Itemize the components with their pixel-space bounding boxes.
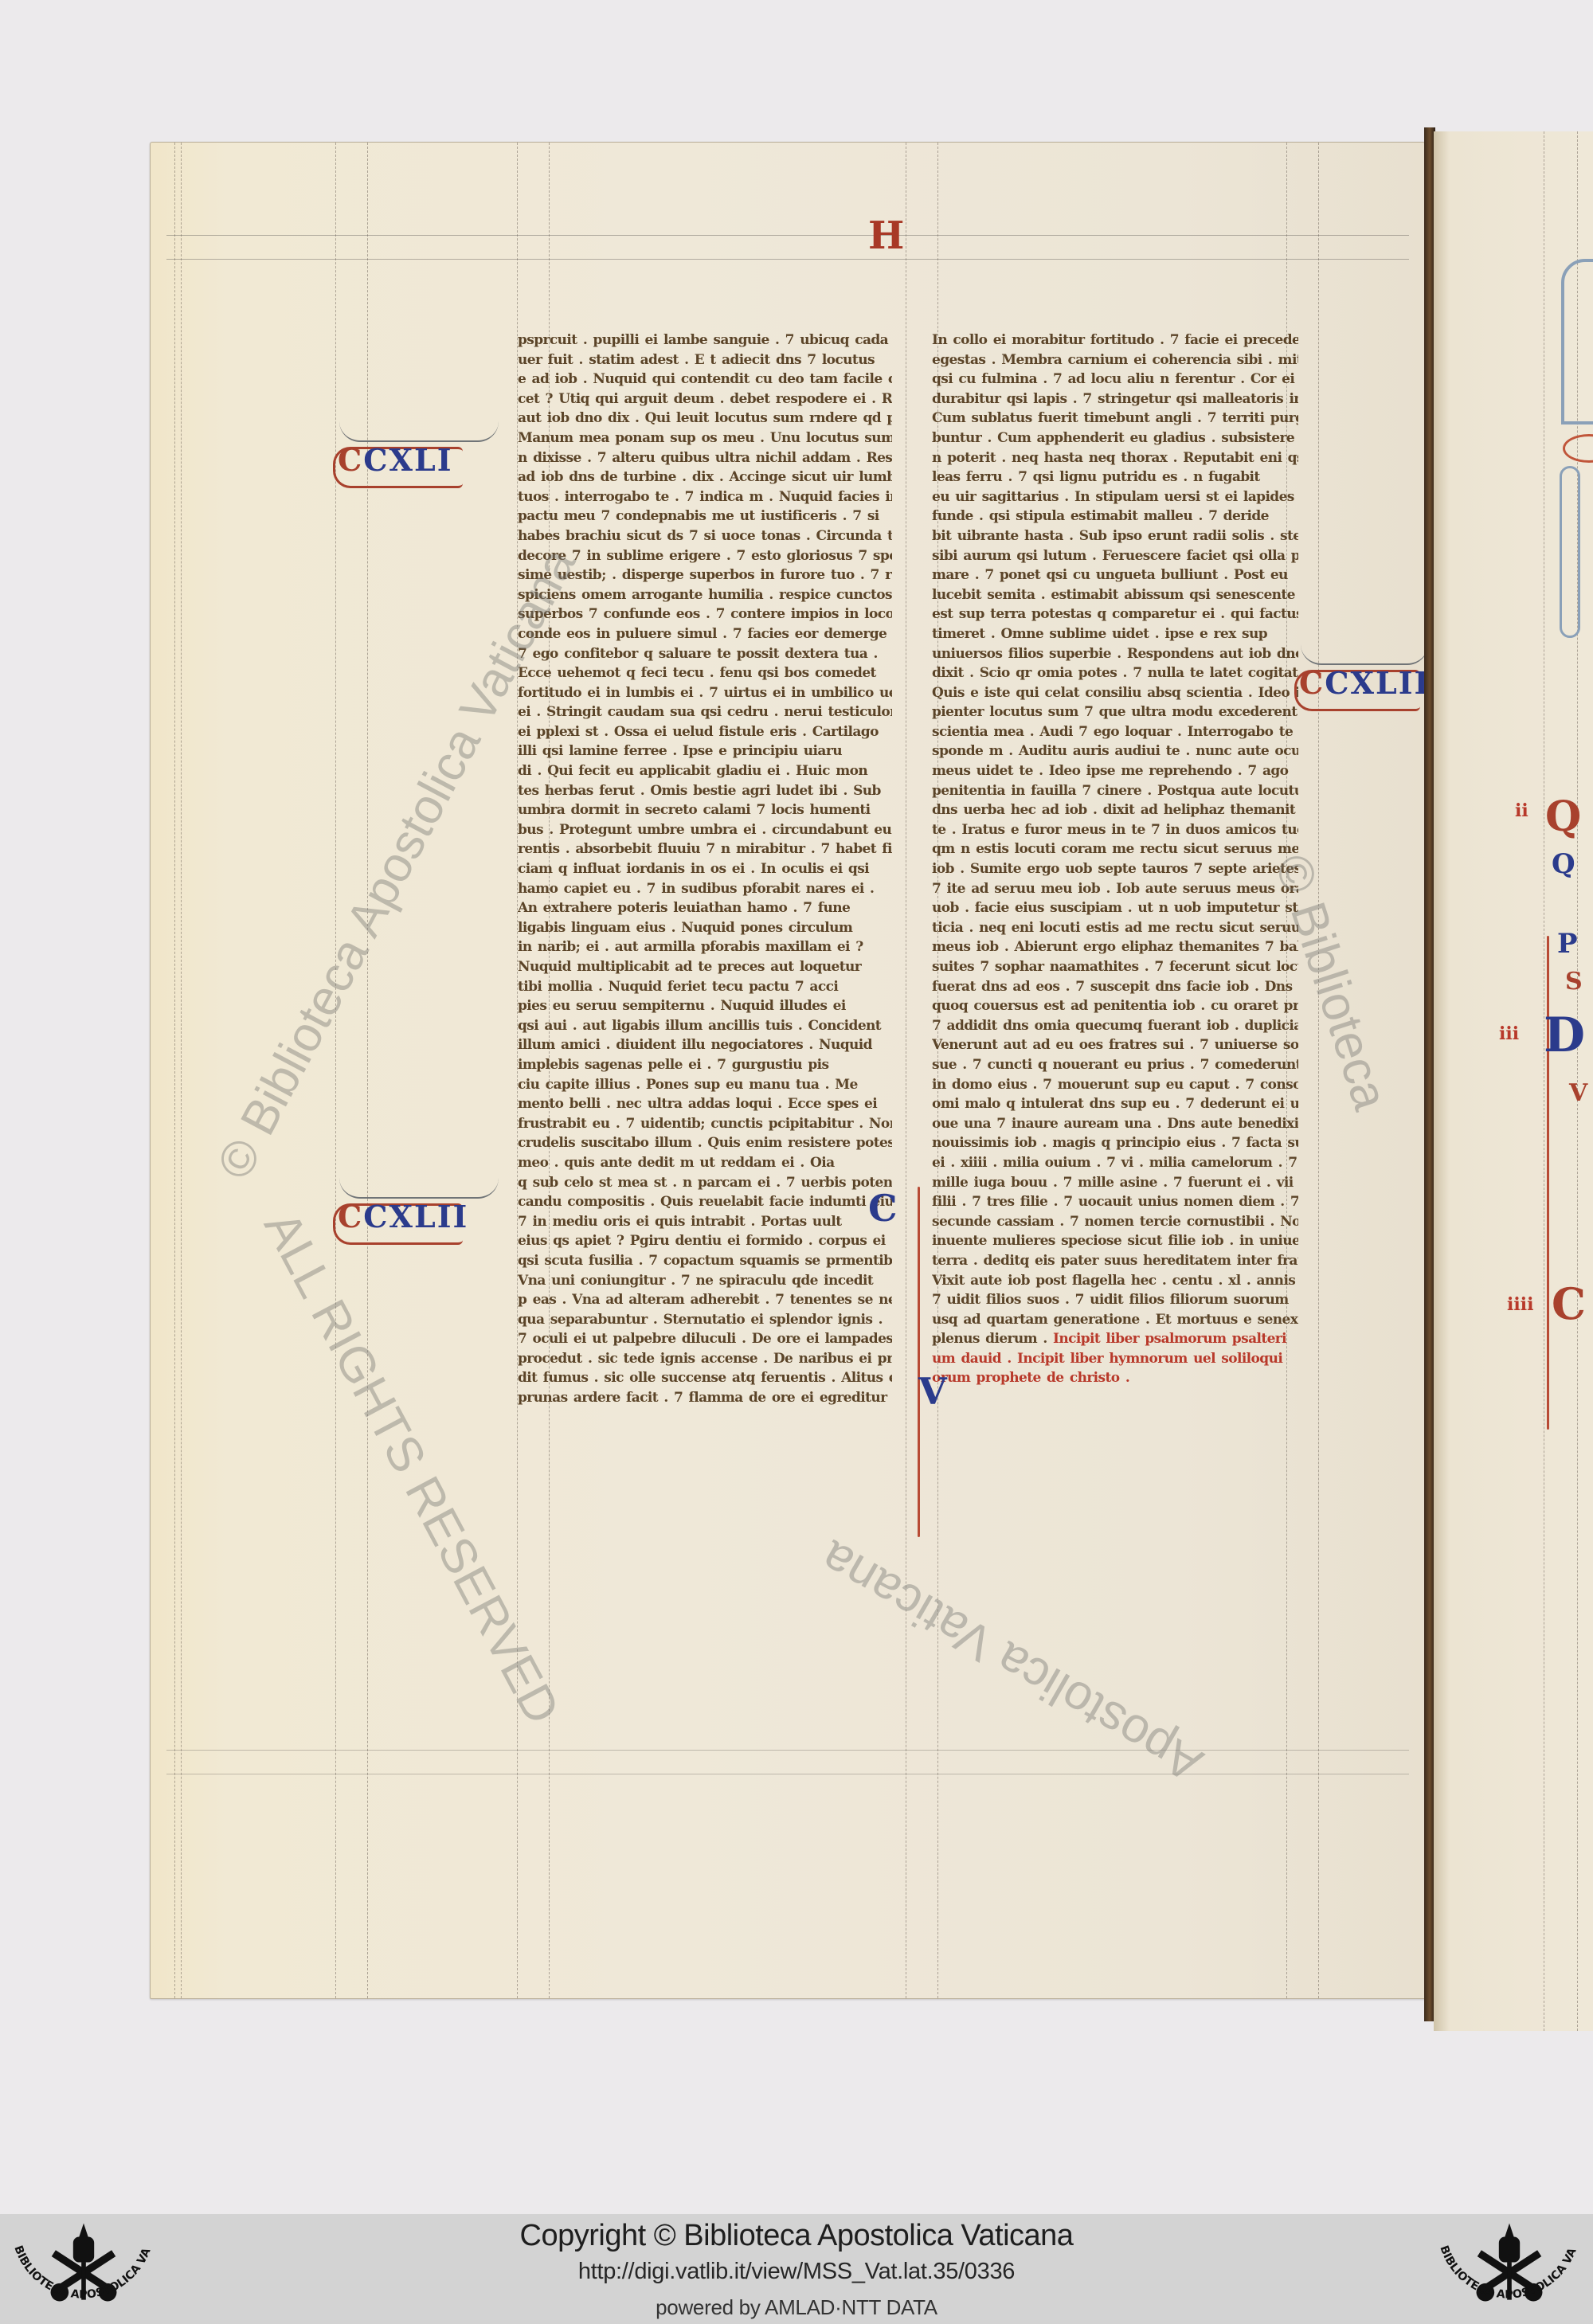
ruling-line xyxy=(166,1774,1409,1774)
initial-v-blue: V xyxy=(918,1370,947,1413)
flourish xyxy=(339,421,499,442)
manuscript-line: pienter locutus sum 7 que ultra modu exc… xyxy=(932,702,1298,722)
manuscript-line: timeret . Omne sublime uidet . ipse e re… xyxy=(932,624,1298,644)
manuscript-line: illi qsi lamine ferree . Ipse e principi… xyxy=(518,741,892,761)
manuscript-line: An extrahere poteris leuiathan hamo . 7 … xyxy=(518,898,892,918)
manuscript-line: ligabis linguam eius . Nuquid pones circ… xyxy=(518,918,892,938)
manuscript-line: Cum sublatus fuerit timebunt angli . 7 t… xyxy=(932,409,1298,428)
manuscript-line: 7 ego confitebor q saluare te possit dex… xyxy=(518,644,892,664)
ruling-line xyxy=(166,259,1409,260)
manuscript-line: pies eu seruu sempiternu . Nuquid illude… xyxy=(518,996,892,1016)
manuscript-line: uniuersos filios superbie . Respondens a… xyxy=(932,644,1298,664)
manuscript-line: meus uidet te . Ideo ipse me reprehendo … xyxy=(932,761,1298,781)
manuscript-line: penitentia in fauilla 7 cinere . Postqua… xyxy=(932,781,1298,801)
initial-c-blue: C xyxy=(868,1187,898,1230)
copyright-text: Copyright © Biblioteca Apostolica Vatica… xyxy=(0,2219,1593,2253)
ruling-line xyxy=(174,143,175,1998)
papal-keys-icon: BIBLIOTECA APOSTOLICA VATICANA xyxy=(1426,2217,1593,2321)
manuscript-line: tuos . interrogabo te . 7 indica m . Nuq… xyxy=(518,487,892,507)
manuscript-line: oue una 7 inaure auream una . Dns aute b… xyxy=(932,1114,1298,1134)
initial-flourish xyxy=(918,1187,920,1537)
manuscript-line: n dixisse . 7 alteru quibus ultra nichil… xyxy=(518,448,892,468)
manuscript-line: 7 oculi ei ut palpebre diluculi . De ore… xyxy=(518,1329,892,1349)
ruling-line xyxy=(335,143,336,1998)
powered-by-text: powered by AMLAD·NTT DATA xyxy=(0,2295,1593,2320)
initial-d-blue: D xyxy=(1544,1007,1585,1063)
manuscript-line: uer fuit . statim adest . E t adiecit dn… xyxy=(518,350,892,370)
manuscript-line: bus . Protegunt umbre umbra ei . circund… xyxy=(518,820,892,840)
manuscript-line: uob . facie eius suscipiam . ut n uob im… xyxy=(932,898,1298,918)
manuscript-line: meo . quis ante dedit m ut reddam ei . O… xyxy=(518,1153,892,1173)
manuscript-line: candu compositis . Quis reuelabit facie … xyxy=(518,1192,892,1212)
manuscript-line: qsi scuta fusilia . 7 copactum squamis s… xyxy=(518,1251,892,1271)
manuscript-line: implebis sagenas pelle ei . 7 gurgustiu … xyxy=(518,1055,892,1075)
manuscript-line: fuerat dns ad eos . 7 suscepit dns facie… xyxy=(932,977,1298,997)
ruling-line xyxy=(1318,143,1319,1998)
manuscript-line: durabitur qsi lapis . 7 stringetur qsi m… xyxy=(932,389,1298,409)
manuscript-line: umbra dormit in secreto calami 7 locis h… xyxy=(518,800,892,820)
flourish xyxy=(1301,644,1428,665)
manuscript-line: dixit . Scio qr omia potes . 7 nulla te … xyxy=(932,663,1298,683)
initial-b-swirl xyxy=(1563,434,1593,463)
manuscript-line: secunde cassiam . 7 nomen tercie cornust… xyxy=(932,1212,1298,1232)
manuscript-line: inuente mulieres speciose sicut filie io… xyxy=(932,1231,1298,1251)
manuscript-line: superbos 7 confunde eos . 7 contere impi… xyxy=(518,604,892,624)
manuscript-line: q sub celo st mea st . n parcam ei . 7 u… xyxy=(518,1173,892,1193)
manuscript-line: mento belli . nec ultra addas loqui . Ec… xyxy=(518,1094,892,1114)
manuscript-line: n poterit . neq hasta neq thorax . Reput… xyxy=(932,448,1298,468)
copyright-footer: BIBLIOTECA APOSTOLICA VATICANA Copyright… xyxy=(0,2214,1593,2324)
vatican-library-logo: BIBLIOTECA APOSTOLICA VATICANA xyxy=(1426,2217,1593,2321)
manuscript-line: iob . Sumite ergo uob septe tauros 7 sep… xyxy=(932,859,1298,879)
manuscript-line: prunas ardere facit . 7 flamma de ore ei… xyxy=(518,1388,892,1408)
manuscript-line: ei . Stringit caudam sua qsi cedru . ner… xyxy=(518,702,892,722)
initial-q-blue: Q xyxy=(1552,848,1575,880)
manuscript-line: omi malo q intulerat dns sup eu . 7 dede… xyxy=(932,1094,1298,1114)
manuscript-line: qm n estis locuti coram me rectu sicut s… xyxy=(932,839,1298,859)
chapter-marker-cxliii: CCXLIII xyxy=(1294,665,1441,701)
manuscript-line: nouissimis iob . magis q principio eius … xyxy=(932,1133,1298,1153)
manuscript-line: e ad iob . Nuquid qui contendit cu deo t… xyxy=(518,370,892,389)
source-url-link[interactable]: http://digi.vatlib.it/view/MSS_Vat.lat.3… xyxy=(0,2259,1593,2285)
manuscript-line: hamo capiet eu . 7 in sudibus pforabit n… xyxy=(518,879,892,899)
manuscript-line: Manum mea ponam sup os meu . Unu locutus… xyxy=(518,428,892,448)
manuscript-line: ei pplexi st . Ossa ei uelud fistule eri… xyxy=(518,722,892,742)
manuscript-line: in domo eius . 7 mouerunt sup eu caput .… xyxy=(932,1075,1298,1095)
initial-p-blue: P xyxy=(1557,928,1578,960)
manuscript-line: Nuquid multiplicabit ad te preces aut lo… xyxy=(518,957,892,977)
manuscript-page-recto: ii Q Q P S iii D V iiii C xyxy=(1434,131,1593,2031)
manuscript-line: rentis . absorbebit fluuiu 7 n mirabitur… xyxy=(518,839,892,859)
manuscript-line: ticia . neq eni locuti estis ad me rectu… xyxy=(932,918,1298,938)
manuscript-line: eius qs apiet ? Pgiru dentiu ei formido … xyxy=(518,1231,892,1251)
manuscript-line: 7 uidit filios suos . 7 uidit filios fil… xyxy=(932,1290,1298,1310)
manuscript-line: fortitudo ei in lumbis ei . 7 uirtus ei … xyxy=(518,683,892,703)
manuscript-line: In collo ei morabitur fortitudo . 7 faci… xyxy=(932,331,1298,350)
chapter-marker-cxlii: CCXLII xyxy=(333,1199,464,1234)
manuscript-line: procedut . sic tede ignis accense . De n… xyxy=(518,1349,892,1369)
manuscript-line: pactu meu 7 condepnabis me ut iustificer… xyxy=(518,507,892,526)
manuscript-line: bit uibrante hasta . Sub ipso erunt radi… xyxy=(932,526,1298,546)
manuscript-line: meus iob . Abierunt ergo eliphaz themani… xyxy=(932,937,1298,957)
manuscript-line: mille iuga bouu . 7 mille asine . 7 fuer… xyxy=(932,1173,1298,1193)
manuscript-line: dit fumus . sic olle succense atq feruen… xyxy=(518,1368,892,1388)
manuscript-line: leas ferru . 7 qsi lignu putridu es . n … xyxy=(932,468,1298,487)
manuscript-line: ciam q influat iordanis in os ei . In oc… xyxy=(518,859,892,879)
ruling-line xyxy=(906,143,906,1998)
manuscript-line: ei . xiiii . milia ouium . 7 vi . milia … xyxy=(932,1153,1298,1173)
manuscript-line: ad iob dns de turbine . dix . Accinge si… xyxy=(518,468,892,487)
manuscript-line: conde eos in puluere simul . 7 facies eo… xyxy=(518,624,892,644)
manuscript-line: di . Qui fecit eu applicabit gladiu ei .… xyxy=(518,761,892,781)
manuscript-line: terra . deditq eis pater suus hereditate… xyxy=(932,1251,1298,1271)
marginal-number: ii xyxy=(1515,800,1528,821)
marginal-number: iii xyxy=(1499,1023,1519,1044)
initial-b-flourish xyxy=(1561,259,1593,425)
manuscript-line: tibi mollia . Nuquid feriet tecu pactu 7… xyxy=(518,977,892,997)
manuscript-line: p eas . Vna ad alteram adherebit . 7 ten… xyxy=(518,1290,892,1310)
manuscript-line: tes herbas ferut . Omis bestie agri lude… xyxy=(518,781,892,801)
manuscript-line: lucebit semita . estimabit abissum qsi s… xyxy=(932,585,1298,605)
manuscript-line: te . Iratus e furor meus in te 7 in duos… xyxy=(932,820,1298,840)
manuscript-line: 7 in mediu oris ei quis intrabit . Porta… xyxy=(518,1212,892,1232)
manuscript-line: orum prophete de christo . xyxy=(932,1368,1298,1388)
manuscript-line: qsi cu fulmina . 7 ad locu aliu n ferent… xyxy=(932,370,1298,389)
manuscript-line: cet ? Utiq qui arguit deum . debet respo… xyxy=(518,389,892,409)
text-column-a: psprcuit . pupilli ei lambe sanguie . 7 … xyxy=(518,331,892,1541)
manuscript-line: usq ad quartam generatione . Et mortuus … xyxy=(932,1310,1298,1330)
manuscript-line: scientia mea . Audi 7 ego loquar . Inter… xyxy=(932,722,1298,742)
manuscript-line: est sup terra potestas q comparetur ei .… xyxy=(932,604,1298,624)
manuscript-line: sue . 7 cuncti q nouerant eu prius . 7 c… xyxy=(932,1055,1298,1075)
manuscript-line: crudelis suscitabo illum . Quis enim res… xyxy=(518,1133,892,1153)
initial-c-red: C xyxy=(1552,1278,1586,1329)
manuscript-line: egestas . Membra carnium ei coherencia s… xyxy=(932,350,1298,370)
initial-q-red: Q xyxy=(1545,792,1581,841)
manuscript-line: buntur . Cum apphenderit eu gladius . su… xyxy=(932,428,1298,448)
initial-s-red: S xyxy=(1565,968,1583,996)
ruling-line xyxy=(166,1750,1409,1751)
manuscript-line: 7 ite ad seruu meu iob . Iob aute seruus… xyxy=(932,879,1298,899)
manuscript-line: dns uerba hec ad iob . dixit ad heliphaz… xyxy=(932,800,1298,820)
manuscript-line: mare . 7 ponet qsi cu ungueta bulliunt .… xyxy=(932,565,1298,585)
initial-v-red: V xyxy=(1569,1079,1587,1107)
manuscript-line: Quis e iste qui celat consiliu absq scie… xyxy=(932,683,1298,703)
manuscript-line: suites 7 sophar naamathites . 7 fecerunt… xyxy=(932,957,1298,977)
manuscript-line: frustrabit eu . 7 uidentib; cunctis pcip… xyxy=(518,1114,892,1134)
manuscript-line: habes brachiu sicut ds 7 si uoce tonas .… xyxy=(518,526,892,546)
manuscript-line: Vna uni coniungitur . 7 ne spiraculu qde… xyxy=(518,1271,892,1291)
manuscript-line: um dauid . Incipit liber hymnorum uel so… xyxy=(932,1349,1298,1369)
manuscript-line: filii . 7 tres filie . 7 uocauit unius n… xyxy=(932,1192,1298,1212)
initial-b-tail xyxy=(1560,466,1580,638)
manuscript-line: 7 addidit dns omia quecumq fuerant iob .… xyxy=(932,1016,1298,1036)
manuscript-line: qua separabuntur . Sternutatio ei splend… xyxy=(518,1310,892,1330)
manuscript-line: Venerunt aut ad eu oes fratres sui . 7 u… xyxy=(932,1035,1298,1055)
chapter-marker-cxli: CCXLI xyxy=(333,442,448,478)
manuscript-line: Vixit aute iob post flagella hec . centu… xyxy=(932,1271,1298,1291)
manuscript-line: ciu capite illius . Pones sup eu manu tu… xyxy=(518,1075,892,1095)
manuscript-line: Ecce uehemot q feci tecu . fenu qsi bos … xyxy=(518,663,892,683)
manuscript-line: quoq couersus est ad penitentia iob . cu… xyxy=(932,996,1298,1016)
flourish xyxy=(339,1178,499,1199)
manuscript-line: plenus dierum . Incipit liber psalmorum … xyxy=(932,1329,1298,1349)
ruling-line xyxy=(166,235,1409,236)
manuscript-line: psprcuit . pupilli ei lambe sanguie . 7 … xyxy=(518,331,892,350)
image-viewer[interactable]: H psprcuit . pupilli ei lambe sanguie . … xyxy=(0,0,1593,2214)
ruling-line xyxy=(181,143,182,1998)
manuscript-line: in narib; ei . aut armilla pforabis maxi… xyxy=(518,937,892,957)
manuscript-line: aut iob dno dix . Qui leuit locutus sum … xyxy=(518,409,892,428)
manuscript-line: sponde m . Auditu auris audiui te . nunc… xyxy=(932,741,1298,761)
manuscript-line: eu uir sagittarius . In stipulam uersi s… xyxy=(932,487,1298,507)
manuscript-line: sibi aurum qsi lutum . Feruescere faciet… xyxy=(932,546,1298,566)
folio-mark: H xyxy=(868,213,904,258)
ruling-line xyxy=(1544,131,1544,2031)
manuscript-line: illum amici . diuident illu negociatores… xyxy=(518,1035,892,1055)
text-column-b: In collo ei morabitur fortitudo . 7 faci… xyxy=(932,331,1298,1509)
manuscript-line: qsi aui . aut ligabis illum ancillis tui… xyxy=(518,1016,892,1036)
marginal-number: iiii xyxy=(1507,1294,1533,1315)
manuscript-line: funde . qsi stipula estimabit malleu . 7… xyxy=(932,507,1298,526)
